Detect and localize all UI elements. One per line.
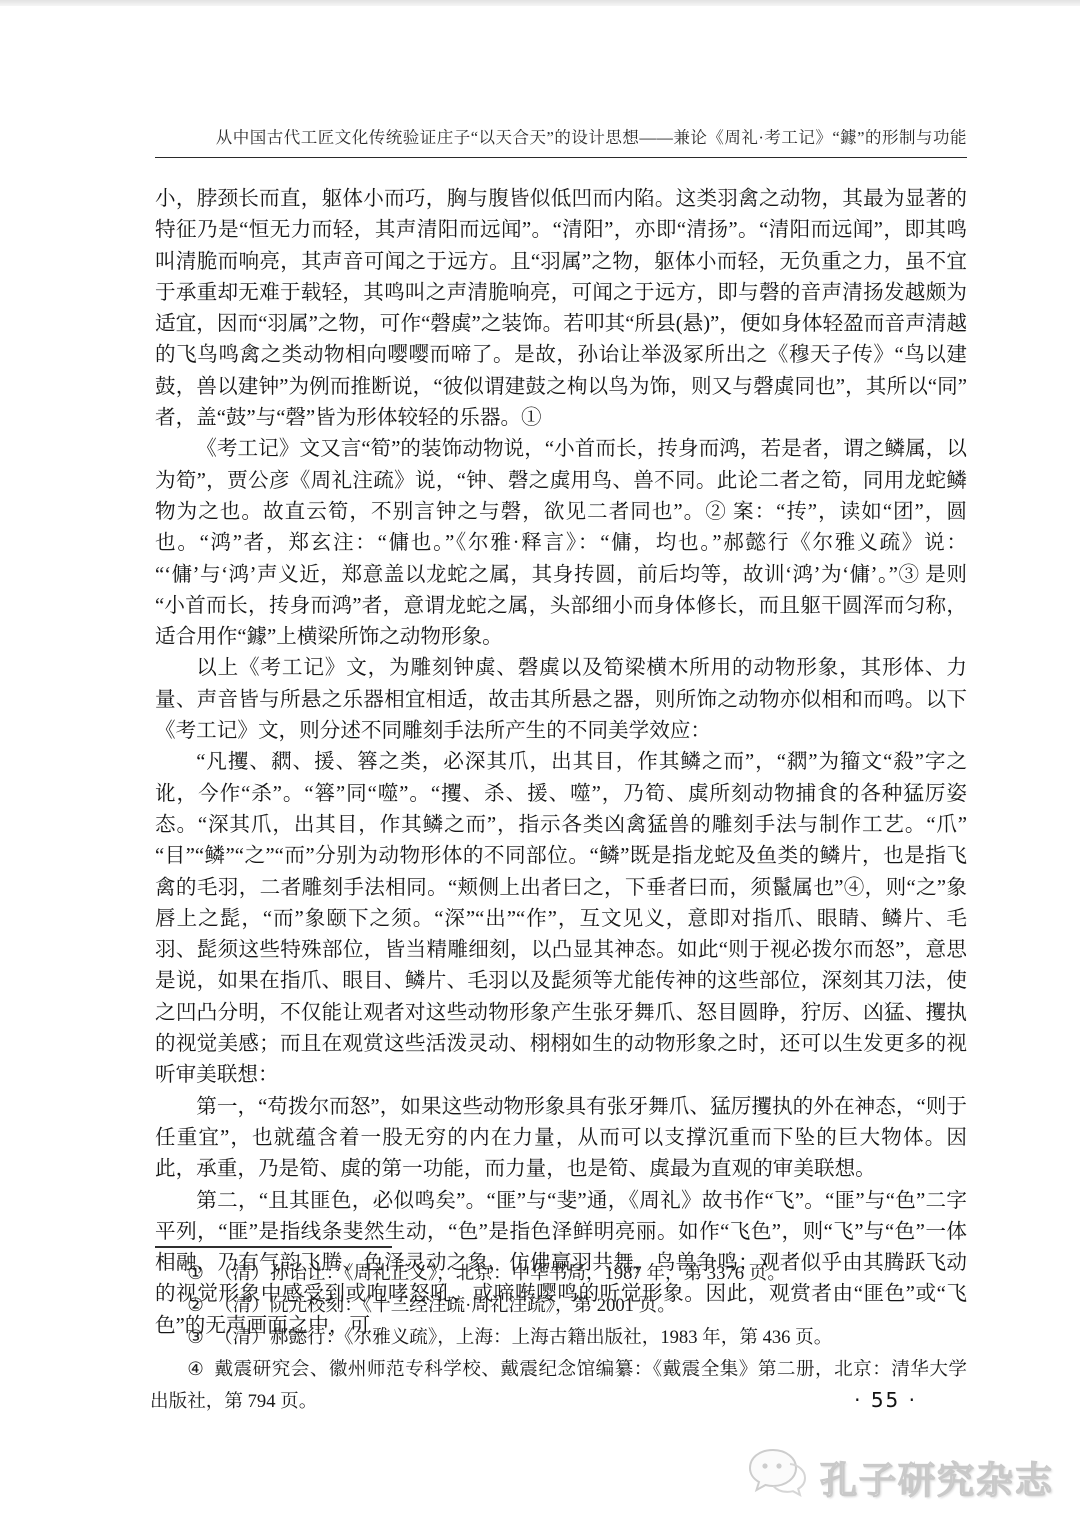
article-body: 小，脖颈长而直，躯体小而巧，胸与腹皆似低凹而内陷。这类羽禽之动物，其最为显著的特… [155,184,967,1342]
footnote-text: （清）孙诒让：《周礼正义》，北京：中华书局，1987 年，第 3376 页。 [214,1263,786,1284]
footnote-item: ②（清）阮元校刻：《十三经注疏·周礼注疏》，第 2001 页。 [150,1290,967,1322]
page-number: · 55 · [854,1388,917,1412]
wechat-chat-bubble-icon [746,1446,812,1507]
footnote-marker: ④ [187,1359,204,1380]
footnotes-block: ①（清）孙诒让：《周礼正义》，北京：中华书局，1987 年，第 3376 页。 … [150,1258,967,1418]
body-paragraph: 以上《考工记》文，为雕刻钟虡、磬虡以及筍梁横木所用的动物形象，其形体、力量、声音… [155,653,967,747]
running-head-title: 从中国古代工匠文化传统验证庄子“以天合天”的设计思想——兼论《周礼·考工记》“鐻… [155,124,967,158]
footnote-item: ③（清）郝懿行：《尔雅义疏》，上海：上海古籍出版社，1983 年，第 436 页… [150,1322,967,1354]
body-paragraph: 第一，“苟拨尔而怒”，如果这些动物形象具有张牙舞爪、猛厉攫执的外在神态，“则于任… [155,1092,967,1186]
journal-watermark: 孔子研究杂志 [746,1446,1054,1507]
body-paragraph: “凡攫、閷、援、簭之类，必深其爪，出其目，作其鳞之而”，“閷”为籀文“殺”字之讹… [155,747,967,1091]
footnote-marker: ② [187,1295,204,1316]
footnote-separator-rule [155,1246,392,1248]
body-paragraph: 《考工记》文又言“筍”的装饰动物说，“小首而长，抟身而鸿，若是者，谓之鳞属，以为… [155,434,967,653]
footnote-item: ④戴震研究会、徽州师范专科学校、戴震纪念馆编纂：《戴震全集》第二册，北京：清华大… [150,1354,967,1418]
body-paragraph: 小，脖颈长而直，躯体小而巧，胸与腹皆似低凹而内陷。这类羽禽之动物，其最为显著的特… [155,184,967,434]
journal-page: 从中国古代工匠文化传统验证庄子“以天合天”的设计思想——兼论《周礼·考工记》“鐻… [0,0,1080,1526]
footnote-text: 戴震研究会、徽州师范专科学校、戴震纪念馆编纂：《戴震全集》第二册，北京：清华大学… [150,1359,967,1412]
footnote-text: （清）阮元校刻：《十三经注疏·周礼注疏》，第 2001 页。 [214,1295,676,1316]
footnote-marker: ① [187,1263,204,1284]
scan-edge-shadow [0,0,1080,6]
footnote-text: （清）郝懿行：《尔雅义疏》，上海：上海古籍出版社，1983 年，第 436 页。 [214,1327,832,1348]
footnote-item: ①（清）孙诒让：《周礼正义》，北京：中华书局，1987 年，第 3376 页。 [150,1258,967,1290]
footnote-marker: ③ [187,1327,204,1348]
watermark-text: 孔子研究杂志 [820,1450,1054,1504]
